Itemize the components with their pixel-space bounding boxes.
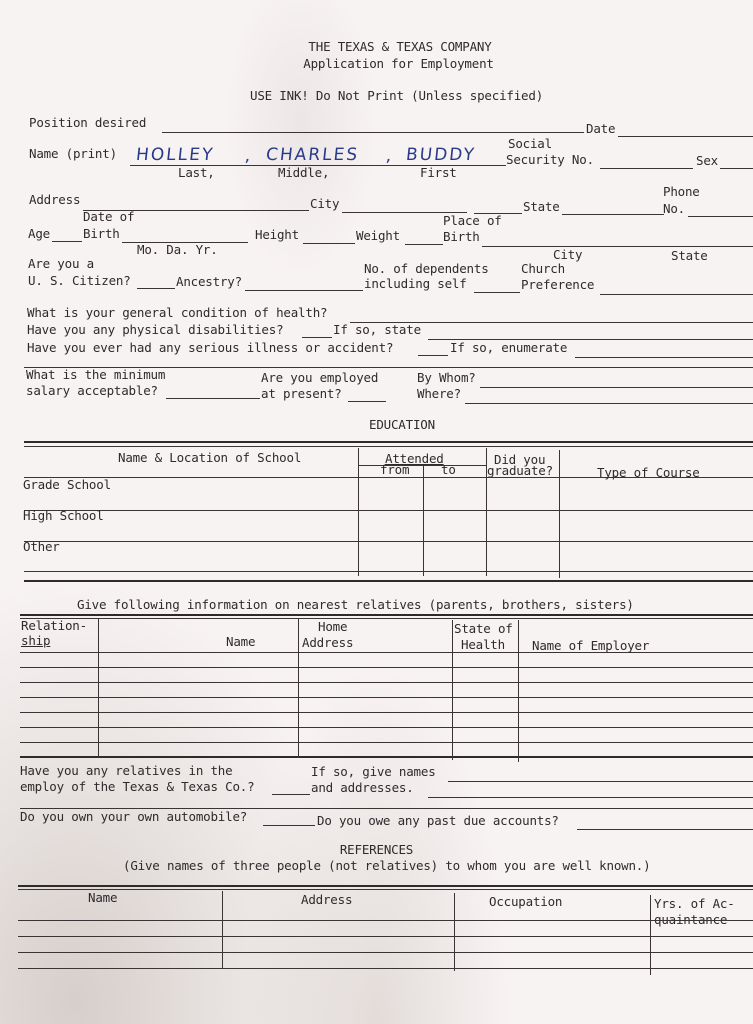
rel-rule-6 (20, 742, 753, 743)
relatives-in-company-label-1: Have you any relatives in the (20, 764, 232, 778)
pob-label-1: Place of (443, 214, 502, 228)
phone-label-2: No. (663, 202, 685, 216)
relatives-heading: Give following information on nearest re… (77, 598, 634, 612)
relatives-top-rule-2 (20, 618, 753, 619)
edu-row-rule-1 (24, 510, 753, 511)
sex-label: Sex (696, 154, 718, 168)
ref-top-rule-2 (18, 889, 753, 890)
attended-divider (358, 465, 486, 466)
ref-vline-3 (650, 895, 651, 975)
ssn-label-2: Security No. (506, 153, 594, 167)
place-of-birth-field[interactable] (482, 246, 753, 247)
height-field[interactable] (303, 243, 355, 244)
pob-city-caption: City (553, 248, 582, 262)
dependents-label-2: including self (364, 277, 467, 291)
rel-bottom-rule (20, 756, 753, 758)
weight-label: Weight (356, 229, 400, 243)
dob-caption: Mo. Da. Yr. (137, 243, 218, 257)
education-top-rule-2 (24, 446, 753, 447)
instruction-text: USE INK! Do Not Print (Unless specified) (250, 89, 543, 103)
by-whom-field[interactable] (480, 387, 753, 388)
rel-rule-3 (20, 697, 753, 698)
illness-enumerate-label: If so, enumerate (450, 341, 567, 355)
city-label: City (310, 197, 339, 211)
ssn-label-1: Social (508, 137, 552, 151)
position-desired-field[interactable] (162, 132, 584, 133)
edu-row-other: Other (23, 540, 60, 554)
rel-vline-4 (518, 620, 519, 762)
edu-row-rule-3 (24, 571, 753, 572)
edu-row-rule-2 (24, 541, 753, 542)
pob-state-caption: State (671, 249, 708, 263)
dependents-field[interactable] (474, 292, 520, 293)
rel-rule-1 (20, 667, 753, 668)
rel-rule-0 (20, 652, 753, 653)
phone-field[interactable] (688, 216, 753, 217)
weight-field[interactable] (405, 244, 443, 245)
disabilities-state-label: If so, state (333, 323, 421, 337)
position-desired-label: Position desired (29, 116, 146, 130)
relatives-top-rule (20, 614, 753, 616)
automobile-label: Do you own your own automobile? (20, 810, 247, 824)
date-field[interactable] (618, 136, 753, 137)
salary-label-1: What is the minimum (26, 368, 165, 382)
ref-vline-1 (222, 891, 223, 968)
salary-field[interactable] (166, 398, 260, 399)
form-title: Application for Employment (0, 57, 753, 71)
ref-top-rule (18, 885, 753, 887)
church-field[interactable] (600, 294, 753, 295)
rel-rule-4 (20, 712, 753, 713)
name-sep-2: , (385, 146, 395, 166)
relatives-names-field[interactable] (448, 781, 753, 782)
ref-rule-2 (18, 936, 753, 937)
name-sep-1: , (244, 146, 254, 166)
dob-label-1: Date of (83, 210, 134, 224)
disabilities-field[interactable] (302, 337, 332, 338)
church-label-2: Preference (521, 278, 594, 292)
rel-col-employer: Name of Employer (532, 639, 649, 653)
rel-col-relationship-1: Relation- (21, 619, 87, 633)
name-last-value[interactable]: HOLLEY (135, 145, 215, 165)
edu-col-school: Name & Location of School (118, 451, 301, 465)
edu-col-graduate-2: graduate? (487, 464, 553, 478)
pob-label-2: Birth (443, 230, 480, 244)
age-field[interactable] (52, 241, 82, 242)
rel-vline-2 (298, 618, 299, 758)
middle-caption: Middle, (278, 166, 329, 180)
sex-field[interactable] (720, 168, 753, 169)
ref-col-name: Name (88, 891, 117, 905)
ref-col-occupation: Occupation (489, 895, 562, 909)
rel-col-relationship-2: ship (21, 634, 50, 648)
rel-rule-5 (20, 727, 753, 728)
citizen-label-2: U. S. Citizen? (28, 274, 131, 288)
rel-col-name: Name (226, 635, 255, 649)
ref-rule-3 (18, 952, 753, 953)
relatives-names-label-1: If so, give names (311, 765, 436, 779)
salary-label-2: salary acceptable? (26, 384, 158, 398)
edu-vline-2 (423, 465, 424, 576)
illness-label: Have you ever had any serious illness or… (27, 341, 393, 355)
accounts-field[interactable] (577, 829, 753, 830)
where-field[interactable] (465, 403, 753, 404)
rel-col-address-2: Address (302, 636, 353, 650)
rel-vline-1 (98, 618, 99, 758)
ssn-field[interactable] (600, 168, 693, 169)
disabilities-label: Have you any physical disabilities? (27, 323, 283, 337)
edu-row-grade-school: Grade School (23, 478, 111, 492)
health-general-label: What is your general condition of health… (27, 306, 327, 320)
name-first-value[interactable]: BUDDY (405, 145, 477, 165)
education-top-rule (24, 441, 753, 443)
accounts-label: Do you owe any past due accounts? (317, 814, 559, 828)
state-field[interactable] (562, 214, 664, 215)
edu-vline-4 (559, 450, 560, 578)
employed-label-2: at present? (261, 387, 342, 401)
name-label: Name (print) (29, 147, 117, 161)
height-label: Height (255, 228, 299, 242)
edu-row-high-school: High School (23, 509, 104, 523)
ref-col-years-1: Yrs. of Ac- (654, 897, 735, 911)
ref-vline-2 (454, 893, 455, 971)
edu-bottom-rule (24, 580, 753, 582)
edu-vline-3 (486, 448, 487, 576)
relatives-names-label-2: and addresses. (311, 781, 414, 795)
ancestry-label: Ancestry? (176, 275, 242, 289)
edu-vline-1 (358, 448, 359, 576)
automobile-field[interactable] (263, 825, 315, 826)
edu-col-from: from (380, 463, 409, 477)
rel-col-health-1: State of (454, 622, 513, 636)
ref-rule-1 (18, 920, 753, 921)
company-name: THE TEXAS & TEXAS COMPANY (0, 40, 753, 54)
citizen-field[interactable] (137, 288, 175, 289)
employed-label-1: Are you employed (261, 371, 378, 385)
age-label: Age (28, 227, 50, 241)
relatives-in-company-label-2: employ of the Texas & Texas Co.? (20, 780, 254, 794)
rel-col-address-1: Home (318, 620, 347, 634)
rel-rule-2 (20, 682, 753, 683)
date-label: Date (586, 122, 615, 136)
church-label-1: Church (521, 262, 565, 276)
education-heading: EDUCATION (369, 418, 435, 432)
state-label: State (523, 200, 560, 214)
application-form-page: THE TEXAS & TEXAS COMPANY Application fo… (0, 0, 753, 1024)
references-heading: REFERENCES (0, 843, 753, 857)
where-label: Where? (417, 387, 461, 401)
dependents-label-1: No. of dependents (364, 262, 489, 276)
illness-enumerate-field[interactable] (575, 357, 753, 358)
dob-label-2: Birth (83, 227, 120, 241)
last-caption: Last, (178, 166, 215, 180)
address-label: Address (29, 193, 80, 207)
ancestry-field[interactable] (245, 290, 363, 291)
edu-col-to: to (441, 463, 456, 477)
first-caption: First (420, 166, 457, 180)
by-whom-label: By Whom? (417, 371, 476, 385)
rel-col-health-2: Health (461, 638, 505, 652)
phone-label-1: Phone (663, 185, 700, 199)
ref-bottom-rule (18, 968, 753, 969)
rel-vline-3 (452, 620, 453, 760)
relatives-in-company-field[interactable] (272, 794, 310, 795)
relatives-addresses-field[interactable] (428, 797, 753, 798)
employed-field[interactable] (348, 401, 386, 402)
name-middle-value[interactable]: CHARLES (265, 145, 360, 165)
citizen-label-1: Are you a (28, 257, 94, 271)
references-subheading: (Give names of three people (not relativ… (123, 859, 650, 873)
ref-col-address: Address (301, 893, 352, 907)
edu-header-rule (24, 477, 753, 478)
illness-field[interactable] (418, 355, 448, 356)
